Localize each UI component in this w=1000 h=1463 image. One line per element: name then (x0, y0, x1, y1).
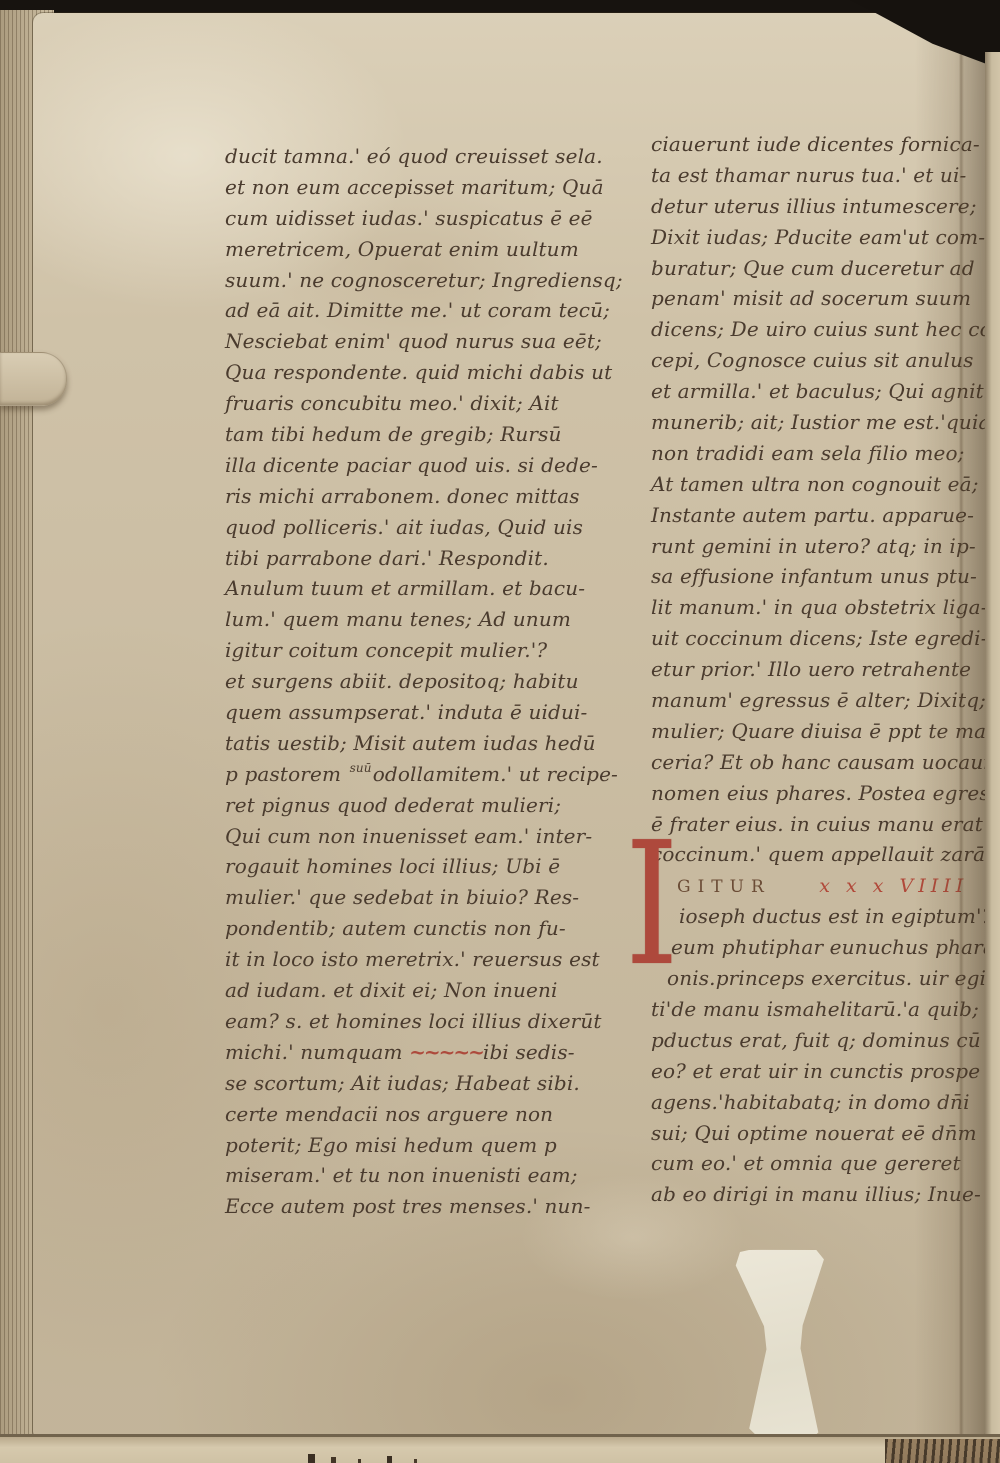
line-text: tatis uestib; Misit autem iudas hedū (225, 731, 596, 755)
line-text: ab eo dirigi in manu illius; Inue- (651, 1182, 981, 1206)
text-line: ciauerunt iude dicentes fornica- (651, 129, 986, 160)
text-line: Anulum tuum et armillam. et bacu- (225, 573, 605, 604)
line-text: igitur coitum concepit mulier.'? (225, 638, 547, 662)
text-line: quod polliceris.' ait iudas, Quid uis (225, 512, 605, 543)
line-text: et surgens abiit. depositoq; habitu (225, 669, 579, 693)
text-line: tibi parrabone dari.' Respondit. (225, 543, 605, 574)
line-text: mulier.' que sedebat in biuio? Res- (225, 885, 579, 909)
line-text: ris michi arrabonem. donec mittas (225, 484, 580, 508)
chapter-heading-word: GITUR (677, 877, 771, 897)
line-text: At tamen ultra non cognouit eā; (651, 472, 979, 496)
text-line: it in loco isto meretrix.' reuersus est (225, 944, 605, 975)
line-text: et armilla.' et baculus; Qui agnitis (651, 379, 1000, 403)
text-line: ti'de manu ismahelitarū.'a quib; (651, 994, 986, 1025)
text-line: fruaris concubitu meo.' dixit; Ait (225, 388, 605, 419)
text-line: tatis uestib; Misit autem iudas hedū (225, 728, 605, 759)
line-text: detur uterus illius intumescere; (651, 194, 977, 218)
line-text: Qua respondente. quid michi dabis ut (225, 360, 612, 384)
line-text: runt gemini in utero? atq; in ip- (651, 534, 976, 558)
text-line: tam tibi hedum de gregib; Rursū (225, 419, 605, 450)
line-text: eum phutiphar eunuchus phara- (671, 935, 1000, 959)
line-text: quod polliceris.' ait iudas, Quid uis (225, 515, 583, 539)
text-line: poterit; Ego misi hedum quem p (225, 1130, 605, 1161)
text-line: ioseph ductus est in egiptum'? emitq; (651, 901, 986, 932)
line-text: coccinum.' quem appellauit zarā. (651, 842, 992, 866)
line-text: lit manum.' in qua obstetrix liga- (651, 595, 988, 619)
line-text: illa dicente paciar quod uis. si dede- (225, 453, 598, 477)
text-line: agens.'habitabatq; in domo dn̄i (651, 1087, 986, 1118)
under-page-text-glimpse (300, 1453, 440, 1463)
text-line: sa effusione infantum unus ptu- (651, 561, 986, 592)
interlinear-gloss: suū (350, 761, 372, 775)
text-line: p pastorem suūodollamitem.' ut recipe- (225, 759, 605, 790)
line-text: pondentib; autem cunctis non fu- (225, 916, 566, 940)
line-text: agens.'habitabatq; in domo dn̄i (651, 1090, 970, 1114)
text-line: Nesciebat enim' quod nurus sua eēt; (225, 326, 605, 357)
line-text: ret pignus quod dederat mulieri; (225, 793, 561, 817)
line-text: cum uidisset iudas.' suspicatus ē eē (225, 206, 593, 230)
left-text-column: ducit tamna.' eó quod creuisset sela.et … (225, 141, 605, 1222)
text-line: ab eo dirigi in manu illius; Inue- (651, 1179, 986, 1210)
text-line: coccinum.' quem appellauit zarā. (651, 839, 986, 870)
text-line: uit coccinum dicens; Iste egredi- (651, 623, 986, 654)
text-line: igitur coitum concepit mulier.'? (225, 635, 605, 666)
text-line: Qua respondente. quid michi dabis ut (225, 357, 605, 388)
text-line: runt gemini in utero? atq; in ip- (651, 531, 986, 562)
manuscript-page: ducit tamna.' eó quod creuisset sela.et … (33, 13, 985, 1437)
left-column-lines: ducit tamna.' eó quod creuisset sela.et … (225, 141, 605, 1222)
line-text: onis.princeps exercitus. uir egip- (667, 966, 1000, 990)
text-line: rogauit homines loci illius; Ubi ē (225, 851, 605, 882)
text-line: cepi, Cognosce cuius sit anulus (651, 345, 986, 376)
text-line: cum uidisset iudas.' suspicatus ē eē (225, 203, 605, 234)
text-line: cum eo.' et omnia que gereret (651, 1148, 986, 1179)
under-page-edge (0, 1434, 1000, 1463)
line-text: eam? s. et homines loci illius dixerūt (225, 1009, 602, 1033)
text-line: Ecce autem post tres menses.' nun- (225, 1191, 605, 1222)
line-text-continued: ibi sedis- (483, 1040, 575, 1064)
text-line: nomen eius phares. Postea egressus (651, 778, 986, 809)
text-line: ta est thamar nurus tua.' et ui- (651, 160, 986, 191)
line-text: non tradidi eam sela filio meo; (651, 441, 965, 465)
text-line: quem assumpserat.' induta ē uidui- (225, 697, 605, 728)
text-line: Instante autem partu. apparue- (651, 500, 986, 531)
chapter-number: x x x VIIII (819, 875, 968, 897)
line-text: buratur; Que cum duceretur ad (651, 256, 975, 280)
text-line: Dixit iudas; Pducite eam'ut com- (651, 222, 986, 253)
line-text: Qui cum non inuenisset eam.' inter- (225, 824, 592, 848)
line-text: se scortum; Ait iudas; Habeat sibi. (225, 1071, 580, 1095)
line-text: ad iudam. et dixit ei; Non inueni (225, 978, 558, 1002)
line-text: meretricem, Opuerat enim uultum (225, 237, 579, 261)
text-line: onis.princeps exercitus. uir egip- (651, 963, 986, 994)
text-line: mulier.' que sedebat in biuio? Res- (225, 882, 605, 913)
text-line: certe mendacii nos arguere non (225, 1099, 605, 1130)
binding-threads (885, 1439, 1000, 1463)
line-text: eo? et erat uir in cunctis prospe (651, 1059, 980, 1083)
text-line: ducit tamna.' eó quod creuisset sela. (225, 141, 605, 172)
chapter-initial: I (625, 829, 657, 989)
text-line: ē frater eius. in cuius manu erat (651, 809, 986, 840)
text-line: ret pignus quod dederat mulieri; (225, 790, 605, 821)
text-line: suum.' ne cognosceretur; Ingrediensq; (225, 265, 605, 296)
line-text: ē frater eius. in cuius manu erat (651, 812, 983, 836)
line-text: ad eā ait. Dimitte me.' ut coram tecū; (225, 298, 610, 322)
parchment-patch (734, 1248, 831, 1442)
line-text: it in loco isto meretrix.' reuersus est (225, 947, 600, 971)
text-line: et surgens abiit. depositoq; habitu (225, 666, 605, 697)
line-text: lum.' quem manu tenes; Ad unum (225, 607, 571, 631)
line-text: tam tibi hedum de gregib; Rursū (225, 422, 562, 446)
line-text: nomen eius phares. Postea egressus (651, 781, 1000, 805)
line-text: ciauerunt iude dicentes fornica- (651, 132, 980, 156)
line-text: penam' misit ad socerum suum (651, 286, 971, 310)
line-text: michi.' numquam (225, 1040, 409, 1064)
text-line: non tradidi eam sela filio meo; (651, 438, 986, 469)
text-line: munerib; ait; Iustior me est.'quia (651, 407, 986, 438)
text-line: se scortum; Ait iudas; Habeat sibi. (225, 1068, 605, 1099)
text-line: mulier; Quare diuisa ē ppt te ma- (651, 716, 986, 747)
text-line: michi.' numquam ~~~~~ibi sedis- (225, 1037, 605, 1068)
chapter-heading: GITUR x x x VIIII (651, 870, 986, 901)
text-line: eum phutiphar eunuchus phara- (651, 932, 986, 963)
line-text: sui; Qui optime nouerat eē dn̄m (651, 1121, 977, 1145)
text-line: dicens; De uiro cuius sunt hec con- (651, 314, 986, 345)
text-line: et armilla.' et baculus; Qui agnitis (651, 376, 986, 407)
line-text: cum eo.' et omnia que gereret (651, 1151, 961, 1175)
text-line: eam? s. et homines loci illius dixerūt (225, 1006, 605, 1037)
line-text: Ecce autem post tres menses.' nun- (225, 1194, 591, 1218)
line-text: quem assumpserat.' induta ē uidui- (225, 700, 587, 724)
right-column-lines-after: ioseph ductus est in egiptum'? emitq;eum… (651, 901, 986, 1210)
line-text: poterit; Ego misi hedum quem p (225, 1133, 557, 1157)
text-line: lum.' quem manu tenes; Ad unum (225, 604, 605, 635)
line-text: Instante autem partu. apparue- (651, 503, 974, 527)
text-line: miseram.' et tu non inuenisti eam; (225, 1160, 605, 1191)
red-expunction-mark: ~~~~~ (409, 1040, 483, 1064)
line-text: suum.' ne cognosceretur; Ingrediensq; (225, 268, 623, 292)
text-line: Qui cum non inuenisset eam.' inter- (225, 821, 605, 852)
line-text: pductus erat, fuit q; dominus cū (651, 1028, 981, 1052)
text-line: ris michi arrabonem. donec mittas (225, 481, 605, 512)
text-line: illa dicente paciar quod uis. si dede- (225, 450, 605, 481)
line-text: ta est thamar nurus tua.' et ui- (651, 163, 966, 187)
line-text: manum' egressus ē alter; Dixitq; (651, 688, 986, 712)
line-text: Dixit iudas; Pducite eam'ut com- (651, 225, 985, 249)
line-text: Nesciebat enim' quod nurus sua eēt; (225, 329, 602, 353)
line-text: munerib; ait; Iustior me est.'quia (651, 410, 991, 434)
line-text: ducit tamna.' eó quod creuisset sela. (225, 144, 603, 168)
line-text: Anulum tuum et armillam. et bacu- (225, 576, 585, 600)
text-line: penam' misit ad socerum suum (651, 283, 986, 314)
text-line: eo? et erat uir in cunctis prospe (651, 1056, 986, 1087)
line-text: ioseph ductus est in egiptum'? emitq; (679, 904, 1000, 928)
text-line: pductus erat, fuit q; dominus cū (651, 1025, 986, 1056)
manuscript-photo: ducit tamna.' eó quod creuisset sela.et … (0, 0, 1000, 1463)
line-text: fruaris concubitu meo.' dixit; Ait (225, 391, 559, 415)
line-text: tibi parrabone dari.' Respondit. (225, 546, 549, 570)
text-line: sui; Qui optime nouerat eē dn̄m (651, 1118, 986, 1149)
text-line: lit manum.' in qua obstetrix liga- (651, 592, 986, 623)
text-line: etur prior.' Illo uero retrahente (651, 654, 986, 685)
right-text-column: ciauerunt iude dicentes fornica-ta est t… (651, 129, 986, 1210)
line-text: etur prior.' Illo uero retrahente (651, 657, 971, 681)
fore-edge-tab (0, 352, 67, 406)
text-line: manum' egressus ē alter; Dixitq; (651, 685, 986, 716)
line-text: rogauit homines loci illius; Ubi ē (225, 854, 560, 878)
text-line: pondentib; autem cunctis non fu- (225, 913, 605, 944)
text-line: et non eum accepisset maritum; Quā (225, 172, 605, 203)
line-text: ceria? Et ob hanc causam uocauit (651, 750, 998, 774)
text-line: meretricem, Opuerat enim uultum (225, 234, 605, 265)
line-text: cepi, Cognosce cuius sit anulus (651, 348, 974, 372)
line-text: ti'de manu ismahelitarū.'a quib; (651, 997, 979, 1021)
line-text: mulier; Quare diuisa ē ppt te ma- (651, 719, 993, 743)
line-text: dicens; De uiro cuius sunt hec con- (651, 317, 1000, 341)
line-text: uit coccinum dicens; Iste egredi- (651, 626, 988, 650)
line-text: certe mendacii nos arguere non (225, 1102, 553, 1126)
text-line: buratur; Que cum duceretur ad (651, 253, 986, 284)
text-line: ad eā ait. Dimitte me.' ut coram tecū; (225, 295, 605, 326)
line-text: sa effusione infantum unus ptu- (651, 564, 977, 588)
line-text: p pastorem (225, 762, 348, 786)
text-line: ceria? Et ob hanc causam uocauit (651, 747, 986, 778)
text-line: At tamen ultra non cognouit eā; (651, 469, 986, 500)
line-text: miseram.' et tu non inuenisti eam; (225, 1163, 578, 1187)
line-text-continued: odollamitem.' ut recipe- (373, 762, 618, 786)
text-line: ad iudam. et dixit ei; Non inueni (225, 975, 605, 1006)
right-column-lines-before: ciauerunt iude dicentes fornica-ta est t… (651, 129, 986, 870)
text-line: detur uterus illius intumescere; (651, 191, 986, 222)
line-text: et non eum accepisset maritum; Quā (225, 175, 604, 199)
facing-page-sliver (985, 52, 1000, 1442)
